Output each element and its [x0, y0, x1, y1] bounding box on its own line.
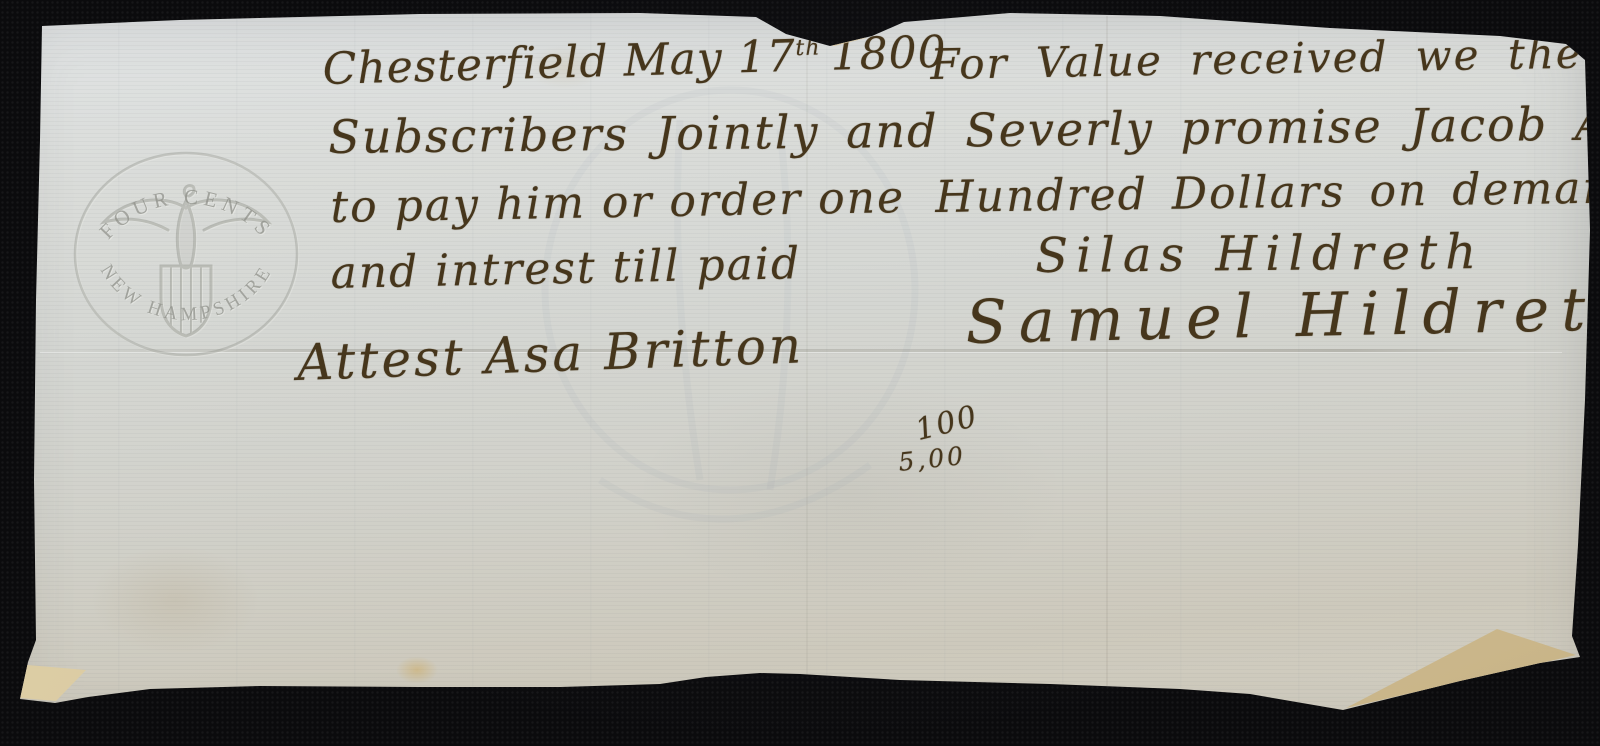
seal-arc-bottom-text: NEW HAMPSHIRE — [96, 261, 277, 325]
embossed-revenue-seal: FOUR CENTS NEW HAMPSHIRE — [68, 146, 306, 366]
body-line-4: and intrest till paid — [330, 238, 802, 299]
document-paper: FOUR CENTS NEW HAMPSHIRE Chesterfield Ma… — [0, 0, 1600, 746]
signature-samuel-hildreth: Samuel Hildreth — [965, 274, 1600, 358]
body-line-3-right: Hundred Dollars on demand — [935, 162, 1600, 223]
dateline-ordinal: th — [795, 35, 821, 61]
signature-silas-hildreth: Silas Hildreth — [1035, 224, 1484, 284]
body-line-3-left: to pay him or order one — [330, 172, 905, 233]
photo-backdrop: FOUR CENTS NEW HAMPSHIRE Chesterfield Ma… — [0, 0, 1600, 746]
